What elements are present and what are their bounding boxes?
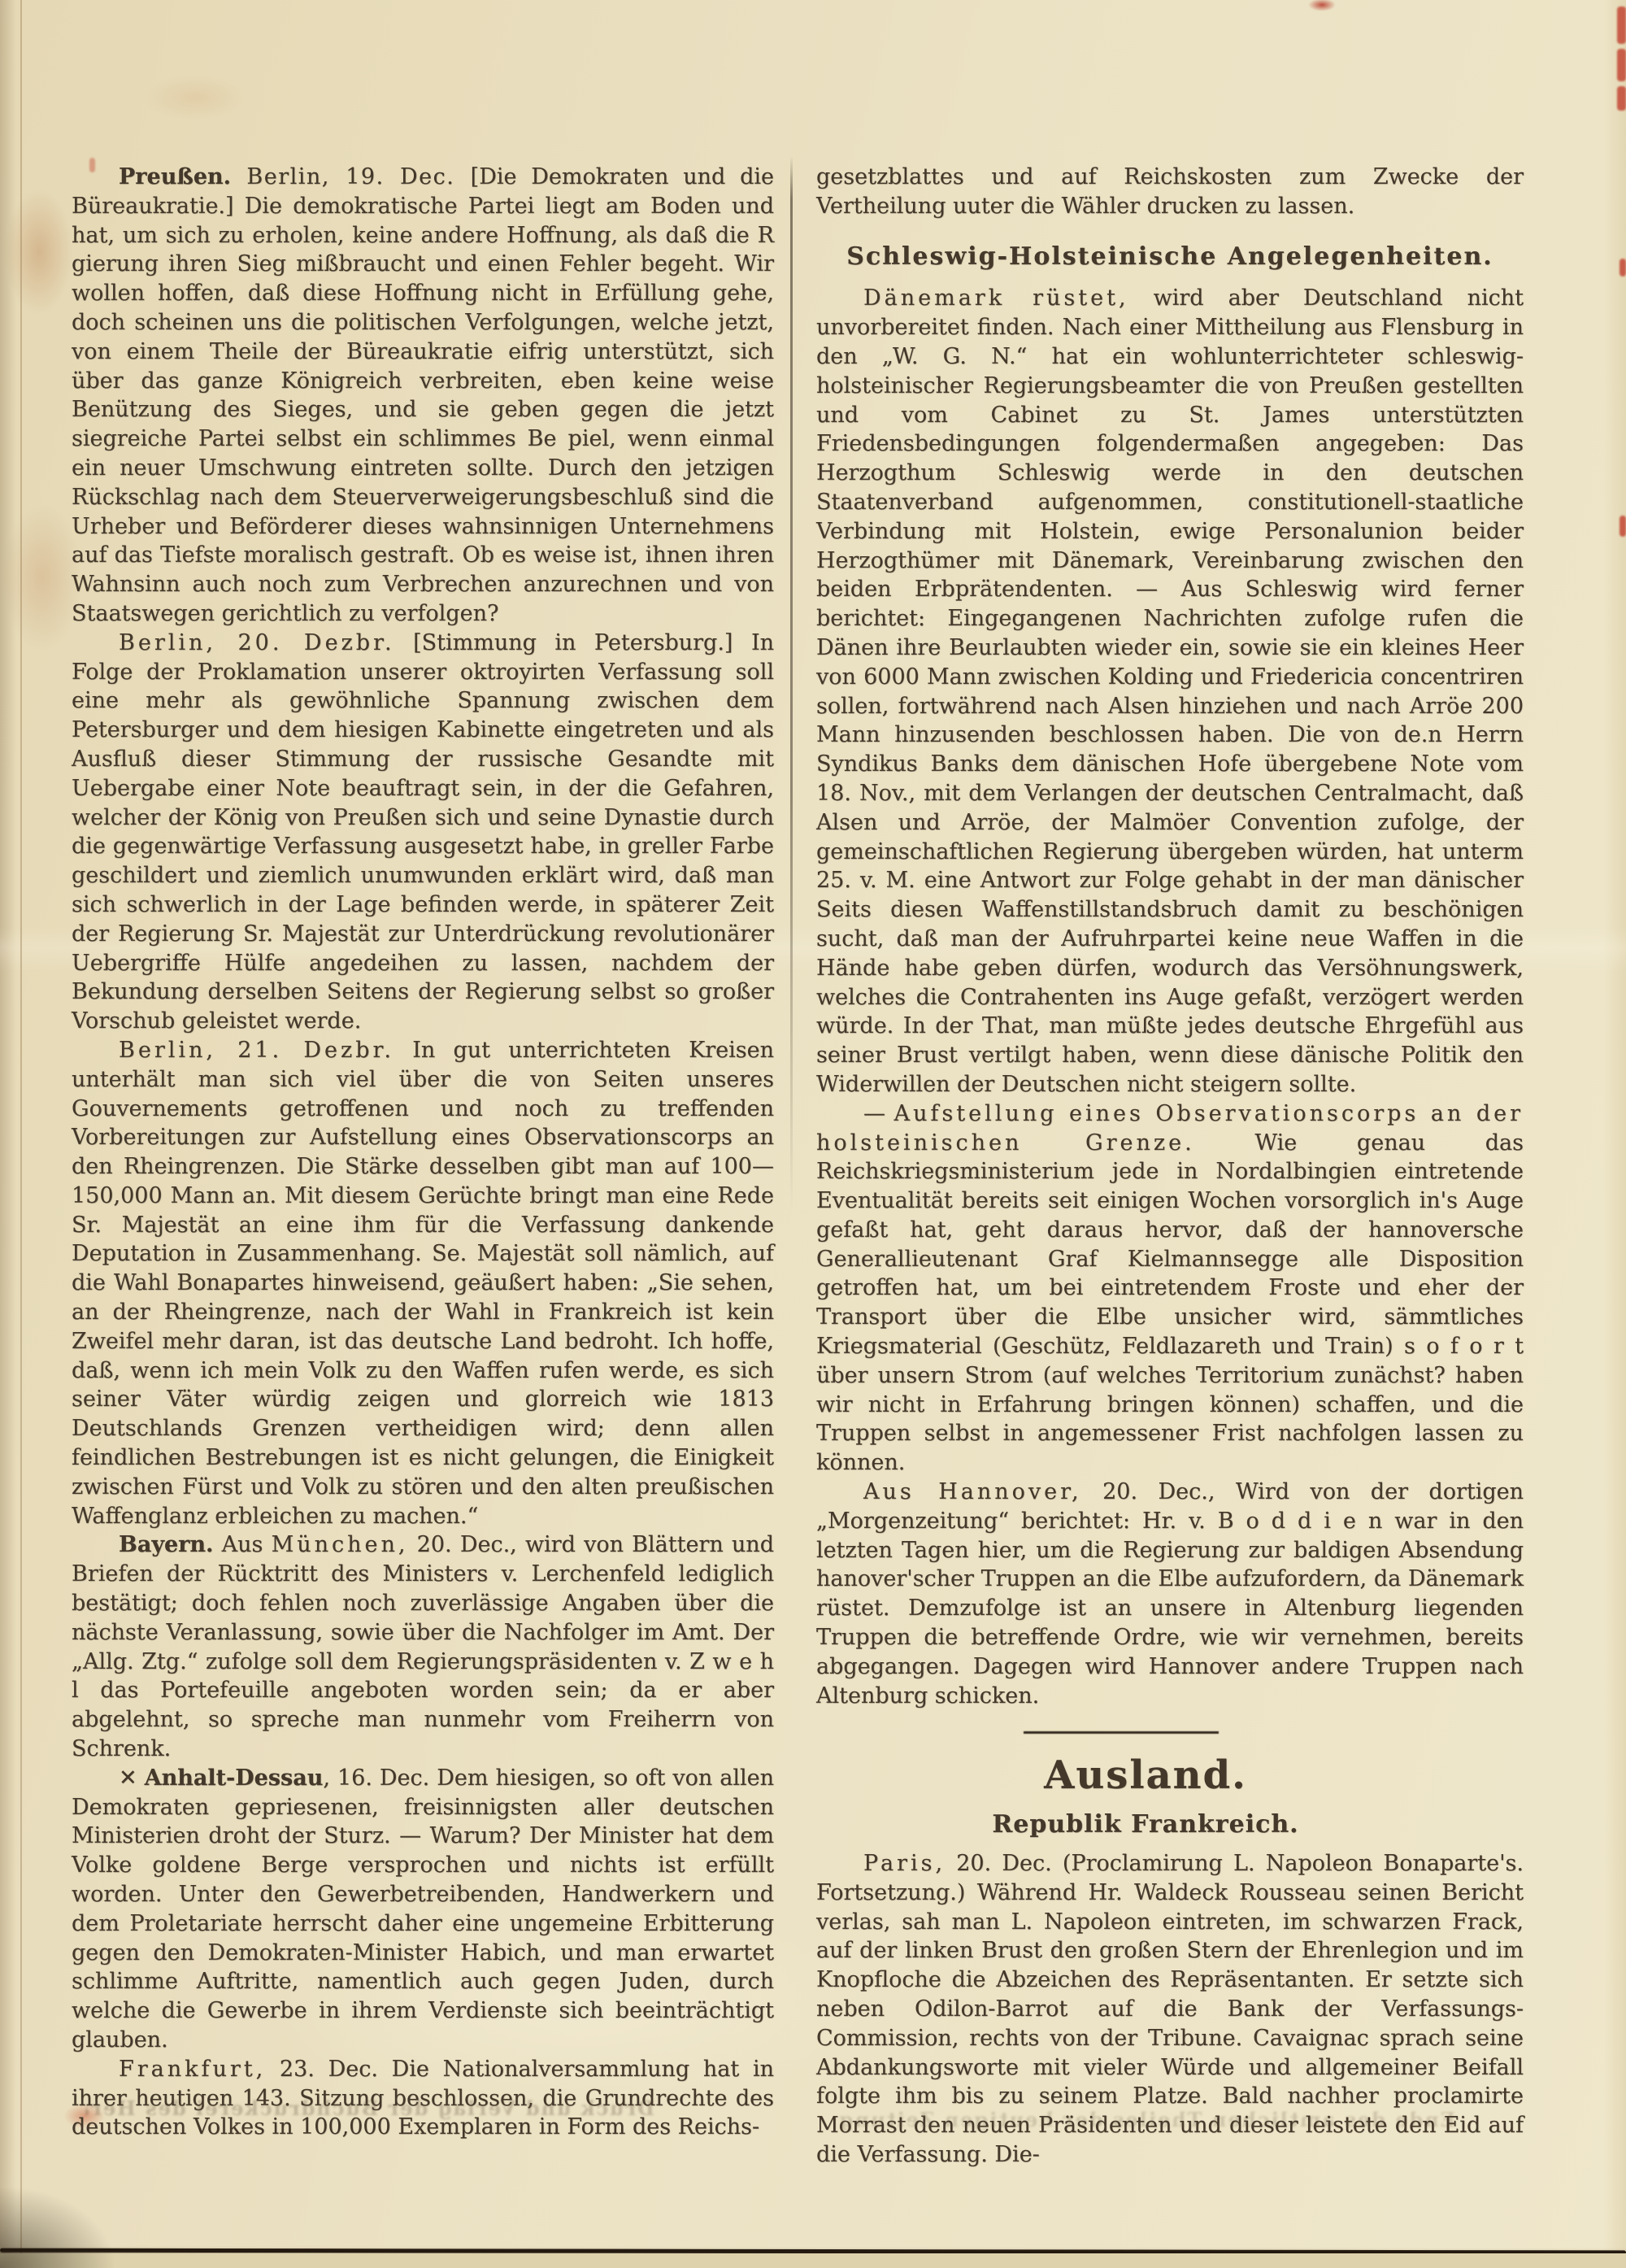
paragraph-lead: Bayern. [119, 1532, 213, 1557]
below-fold-paper [0, 2253, 1626, 2268]
article-observationscorps: — Aufstellung eines Observationscorps an… [816, 1099, 1524, 1478]
paragraph-lead: Berlin, 20. Dezbr. [119, 630, 395, 655]
paragraph-lead: Aus [213, 1532, 271, 1557]
red-ink-mark [1617, 7, 1626, 44]
heading-schleswig-holstein: Schleswig-Holsteinische Angelegenheiten. [816, 242, 1524, 272]
section-divider-rule [1024, 1731, 1219, 1734]
red-ink-mark [1617, 86, 1626, 111]
left-column: Preußen. Berlin, 19. Dec. [Die Demokrate… [72, 163, 774, 2142]
heading-republik-frankreich: Republik Frankreich. [816, 1810, 1475, 1839]
right-column: gesetzblattes und auf Reichskosten zum Z… [816, 163, 1524, 2170]
paragraph-lead: 20. Dec., [1082, 1479, 1236, 1504]
paragraph-lead: Aus Hannover, [863, 1479, 1082, 1504]
paragraph-lead: 20. Dec. [946, 1851, 1063, 1876]
paragraph-lead: Berlin, 19. Dec. [231, 164, 471, 189]
red-ink-mark [1619, 516, 1626, 537]
paragraph-lead: Preußen. [119, 164, 231, 189]
article-berlin-20-dezbr: Berlin, 20. Dezbr. [Stimmung in Petersbu… [72, 629, 774, 1036]
paragraph-lead: 20. Dec., [408, 1532, 524, 1557]
heading-ausland: Ausland. [816, 1761, 1475, 1791]
newspaper-page: { "colors": { "paper": "#e9dfc0", "ink":… [0, 0, 1626, 2268]
article-continuation-reichsgesetzblatt: gesetzblattes und auf Reichskosten zum Z… [816, 163, 1524, 221]
article-bayern-muenchen: Bayern. Aus München, 20. Dec., wird von … [72, 1530, 774, 1763]
paragraph-lead: , 16. Dec. [323, 1765, 437, 1791]
article-preussen-berlin-19-dec: Preußen. Berlin, 19. Dec. [Die Demokrate… [72, 163, 774, 629]
paragraph-lead: Paris, [863, 1851, 946, 1876]
column-divider-rule [790, 156, 793, 1213]
red-ink-mark [1619, 259, 1626, 276]
paragraph-lead: 23. Dec. [266, 2057, 391, 2082]
paragraph-lead: Dänemark rüstet, [863, 285, 1129, 311]
show-through-text-right: Ende des amtlichen Theiles der heutigen … [837, 2108, 1455, 2131]
paragraph-lead: München, [272, 1532, 409, 1557]
show-through-text-left: Druck und Verlag der Buchdruckerei des H… [85, 2096, 654, 2120]
paragraph-lead: Berlin, 21. Dezbr. [119, 1038, 394, 1063]
paragraph-lead: Aufstellung eines Observationscorps an d… [816, 1101, 1524, 1156]
paragraph-lead: Anhalt-Dessau [145, 1765, 324, 1791]
article-aus-hannover: Aus Hannover, 20. Dec., Wird von der dor… [816, 1478, 1524, 1710]
bottom-left-smudge [0, 2187, 114, 2268]
paragraph-lead: ✕ [119, 1765, 145, 1791]
paragraph-lead: Frankfurt, [119, 2057, 266, 2082]
article-anhalt-dessau: ✕ Anhalt-Dessau, 16. Dec. Dem hiesigen, … [72, 1764, 774, 2055]
article-daenemark-ruestet: Dänemark rüstet, wird aber Deutschland n… [816, 284, 1524, 1099]
red-ink-mark [1617, 49, 1626, 81]
article-berlin-21-dezbr: Berlin, 21. Dezbr. In gut unterrichteten… [72, 1036, 774, 1531]
paragraph-lead: — [863, 1101, 894, 1126]
left-page-edge-line [20, 0, 22, 2268]
